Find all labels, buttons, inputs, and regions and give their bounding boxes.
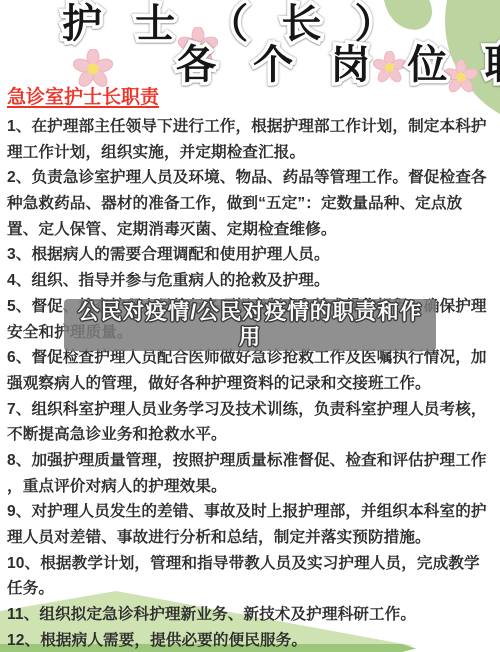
duty-line: 3、根据病人的需要合理调配和使用护理人员。 xyxy=(7,242,497,268)
watermark-overlay: 公民对疫情/公民对疫情的职责和作 用 xyxy=(64,299,436,351)
duty-line: 10、根据教学计划，管理和指导带教人员及实习护理人员，完成教学 xyxy=(7,551,497,577)
duty-line: 11、组织拟定急诊科护理新业务、新技术及护理科研工作。 xyxy=(7,602,497,628)
duty-line: 理工作计划，组织实施，并定期检查汇报。 xyxy=(7,140,497,166)
duty-line: 种急救药品、器材的准备工作，做到“五定”：定数量品种、定点放 xyxy=(7,191,497,217)
watermark-text-line2: 用 xyxy=(239,325,262,350)
duty-line: 9、对护理人员发生的差错、事故及时上报护理部，并组织本科室的护 xyxy=(7,499,497,525)
duty-line: 4、组织、指导并参与危重病人的抢救及护理。 xyxy=(7,268,497,294)
duty-item: 3、根据病人的需要合理调配和使用护理人员。 xyxy=(7,242,497,268)
duty-line: 2、负责急诊室护理人员及环境、物品、药品等管理工作。督促检查各 xyxy=(7,165,497,191)
duty-item: 10、根据教学计划，管理和指导带教人员及实习护理人员，完成教学 任务。 xyxy=(7,551,497,602)
poster-title-line2: 各 个 岗 位 职 责 xyxy=(176,44,500,86)
section-heading: 急诊室护士长职责 xyxy=(7,87,159,109)
duty-item: 12、根据病人需要，提供必要的便民服务。 xyxy=(7,628,497,652)
poster-page: 护 士 （ 长 ） 各 个 岗 位 职 责 急诊室护士长职责 1、在护理部主任领… xyxy=(0,0,500,652)
duty-item: 7、组织科室护理人员业务学习及技术训练，负责科室护理人员考核， 不断提高急诊业务… xyxy=(7,397,497,448)
duty-item: 1、在护理部主任领导下进行工作，根据护理部工作计划，制定本科护 理工作计划，组织… xyxy=(7,114,497,165)
duty-line: 理人员对差错、事故进行分析和总结，制定并落实预防措施。 xyxy=(7,525,497,551)
duty-item: 9、对护理人员发生的差错、事故及时上报护理部，并组织本科室的护 理人员对差错、事… xyxy=(7,499,497,550)
duty-line: 7、组织科室护理人员业务学习及技术训练，负责科室护理人员考核， xyxy=(7,397,497,423)
duty-list: 1、在护理部主任领导下进行工作，根据护理部工作计划，制定本科护 理工作计划，组织… xyxy=(7,114,497,652)
poster-title-line1: 护 士 （ 长 ） xyxy=(62,3,405,45)
flower-icon xyxy=(73,49,113,89)
duty-item: 6、督促检查护理人员配合医师做好急诊抢救工作及医嘱执行情况，加 强观察病人的管理… xyxy=(7,345,497,396)
duty-item: 4、组织、指导并参与危重病人的抢救及护理。 xyxy=(7,268,497,294)
duty-line: 置、定人保管、定期消毒灭菌、定期检查维修。 xyxy=(7,217,497,243)
duty-line: 不断提高急诊业务和抢救水平。 xyxy=(7,422,497,448)
duty-line: 12、根据病人需要，提供必要的便民服务。 xyxy=(7,628,497,652)
duty-line: 8、加强护理质量管理，按照护理质量标准督促、检查和评估护理工作 xyxy=(7,448,497,474)
duty-line: 1、在护理部主任领导下进行工作，根据护理部工作计划，制定本科护 xyxy=(7,114,497,140)
duty-line: 任务。 xyxy=(7,576,497,602)
duty-item: 11、组织拟定急诊科护理新业务、新技术及护理科研工作。 xyxy=(7,602,497,628)
duty-item: 2、负责急诊室护理人员及环境、物品、药品等管理工作。督促检查各 种急救药品、器材… xyxy=(7,165,497,242)
duty-line: 强观察病人的管理，做好各种护理资料的记录和交接班工作。 xyxy=(7,371,497,397)
watermark-text-line1: 公民对疫情/公民对疫情的职责和作 xyxy=(78,300,422,325)
duty-item: 8、加强护理质量管理，按照护理质量标准督促、检查和评估护理工作 ，重点评价对病人… xyxy=(7,448,497,499)
duty-line: ，重点评价对病人的护理效果。 xyxy=(7,474,497,500)
